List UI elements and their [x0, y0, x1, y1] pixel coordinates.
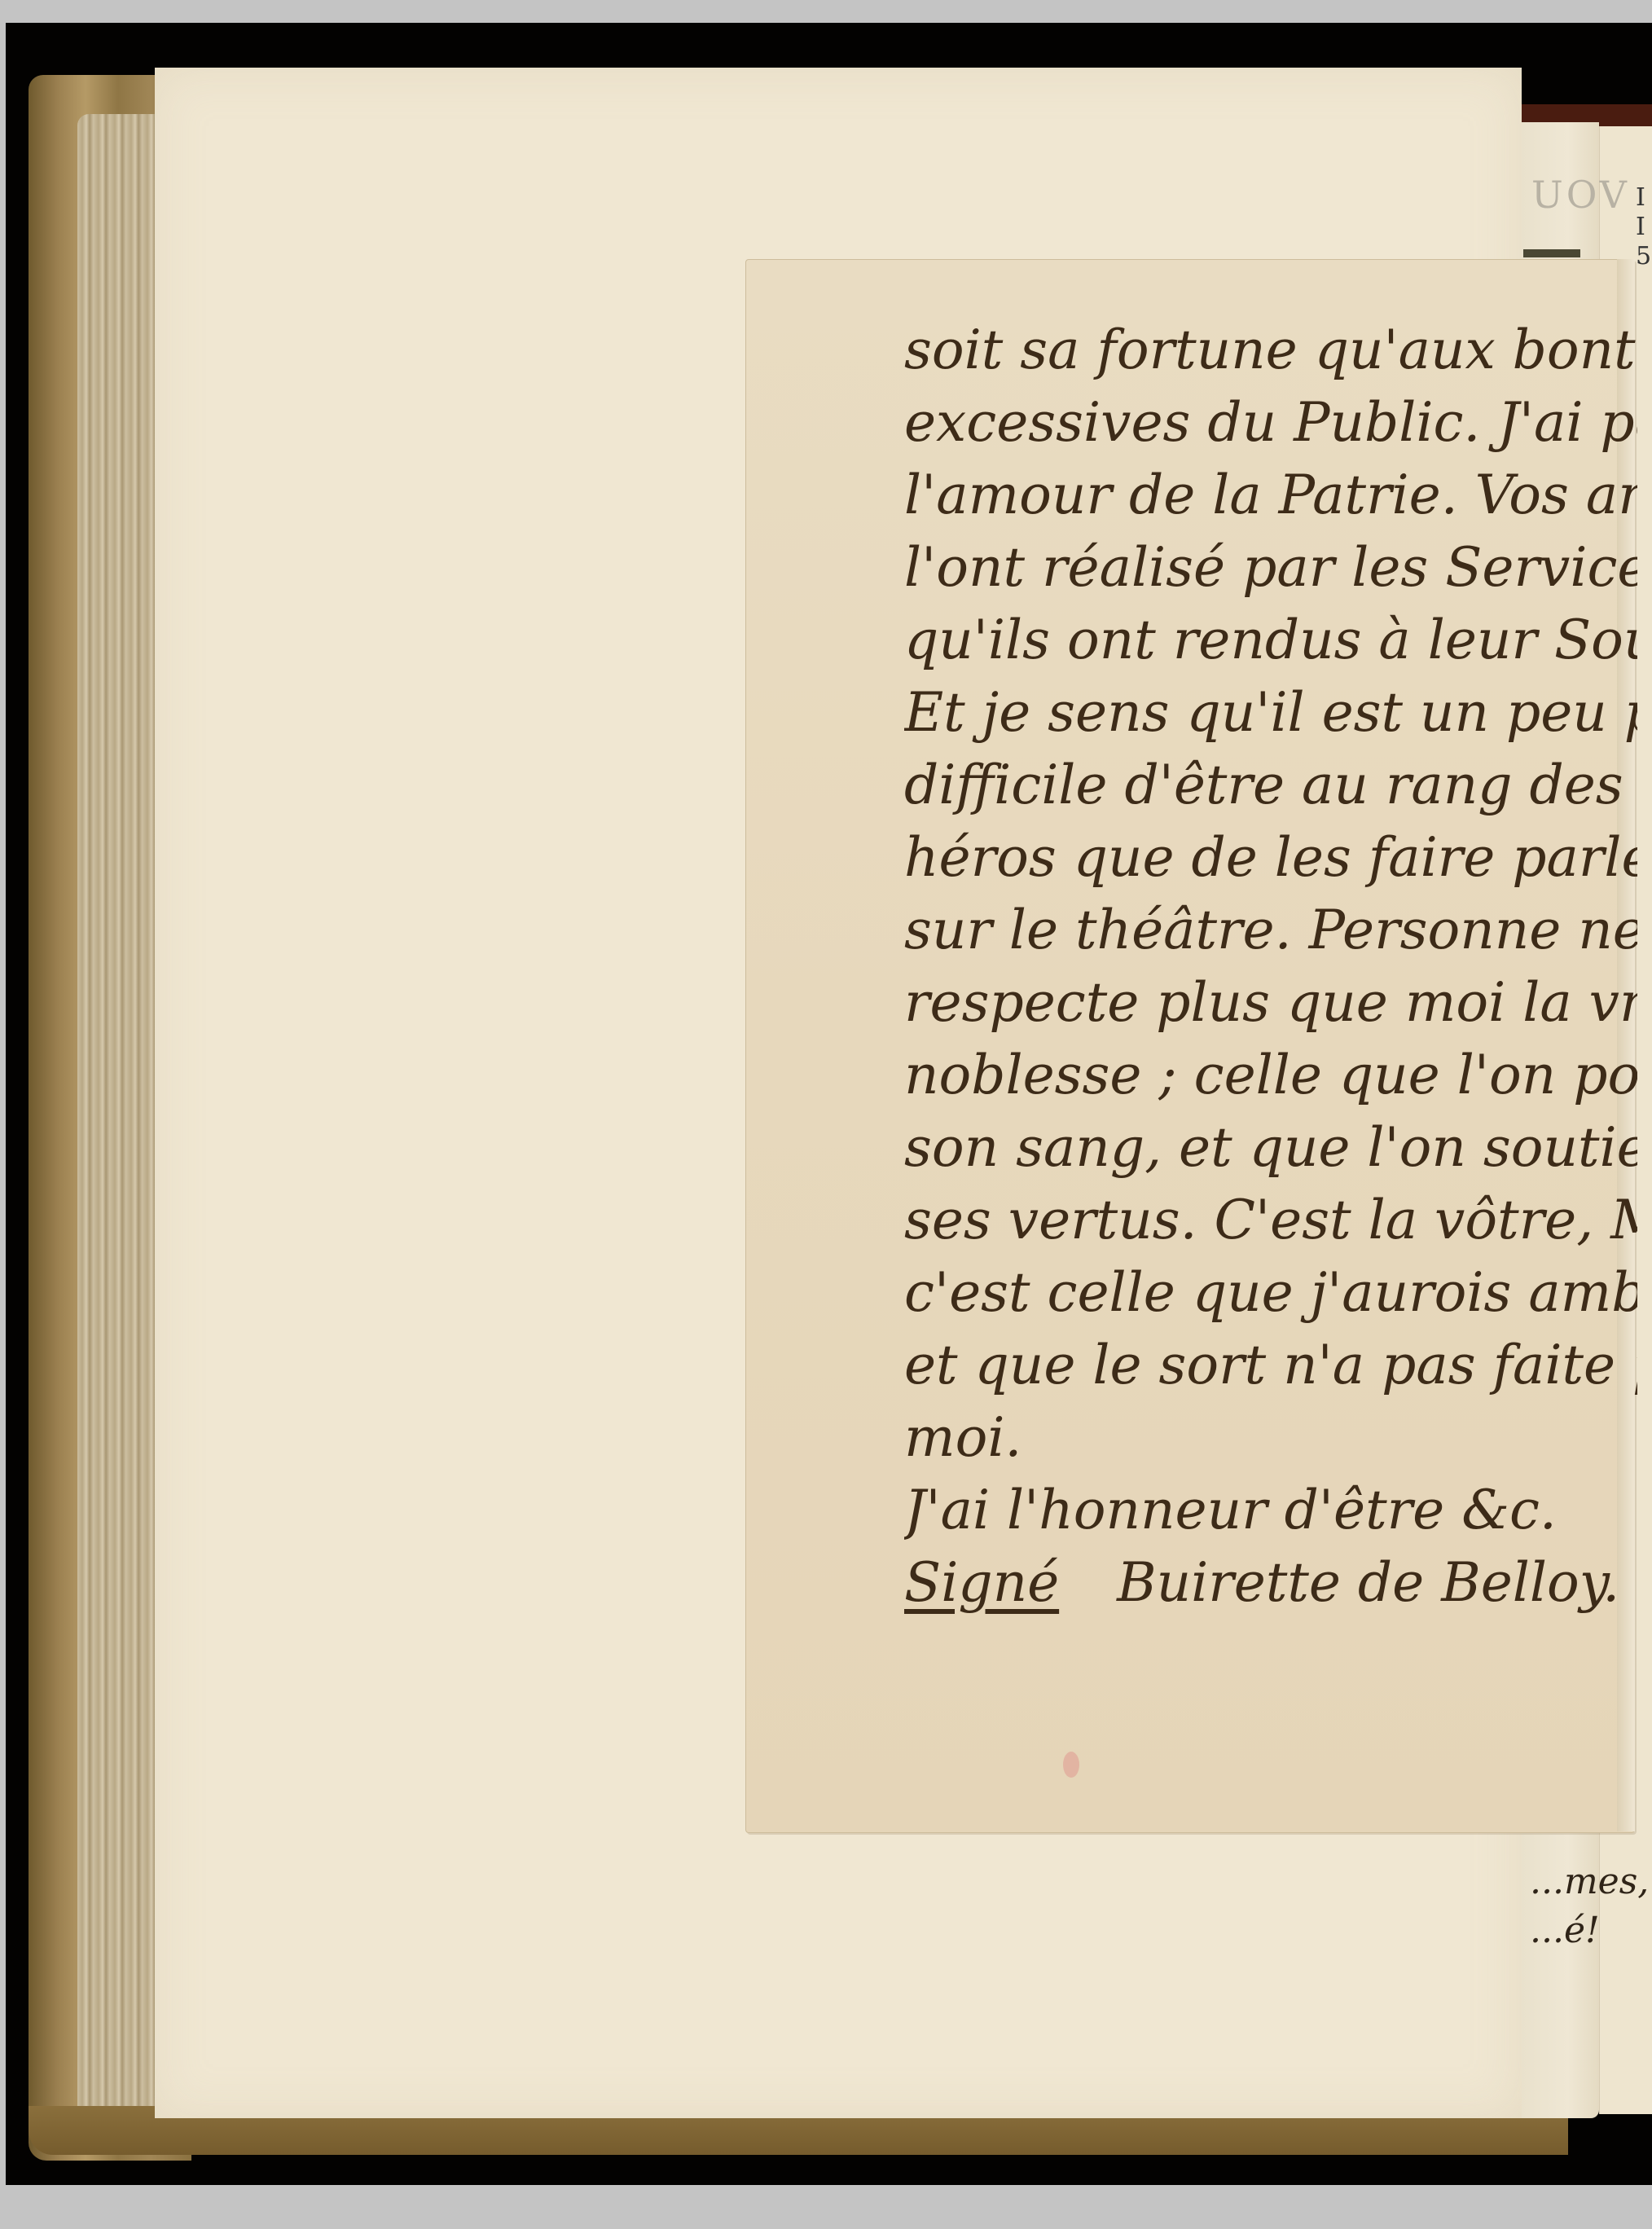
letter-line: l'ont réalisé par les Services — [904, 531, 1637, 604]
underlying-page-edge-letters: I I 5 — [1636, 183, 1652, 271]
letter-line: moi. — [904, 1401, 1637, 1474]
underlying-page-rule — [1523, 249, 1580, 257]
underlying-page-ghost-text: UOV — [1531, 173, 1630, 217]
letter-closing: J'ai l'honneur d'être &c. — [904, 1474, 1637, 1546]
handwriting-fragment: ...é! — [1530, 1910, 1600, 1951]
letter-line: Et je sens qu'il est un peu plus — [904, 676, 1637, 749]
letter-line: qu'ils ont rendus à leur Souverain — [904, 604, 1637, 676]
letter-line: et que le sort n'a pas faite pour — [904, 1329, 1637, 1401]
signed-label: Signé — [904, 1551, 1059, 1614]
handwriting-fragment: ...mes, — [1530, 1861, 1649, 1902]
letter-line: noblesse ; celle que l'on porte dans — [904, 1039, 1637, 1111]
letter-line: héros que de les faire parler — [904, 821, 1637, 894]
underlying-page-handwriting: ...mes, ...é! — [1530, 1857, 1649, 1955]
letter-line: l'amour de la Patrie. Vos ancêtres — [904, 459, 1637, 531]
book-page-edges — [77, 114, 159, 2143]
letter-line: soit sa fortune qu'aux bontés — [904, 314, 1637, 386]
letter-body: soit sa fortune qu'aux bontés excessives… — [904, 314, 1637, 1619]
letter-line: difficile d'être au rang des — [904, 749, 1637, 821]
letter-line: respecte plus que moi la vraie — [904, 966, 1637, 1039]
edge-letter: I — [1636, 213, 1645, 241]
signature-row: Signé Buirette de Belloy. — [904, 1546, 1637, 1619]
letter-line: ses vertus. C'est la vôtre, M. — [904, 1184, 1637, 1256]
letter-line: sur le théâtre. Personne ne — [904, 894, 1637, 966]
signature: Buirette de Belloy. — [1117, 1551, 1619, 1614]
letter-line: excessives du Public. J'ai peint — [904, 386, 1637, 459]
edge-letter: 5 — [1636, 242, 1651, 270]
letter-line: son sang, et que l'on soutient par — [904, 1111, 1637, 1184]
red-stain-mark — [1063, 1752, 1079, 1778]
letter-line: c'est celle que j'aurois ambitionnée — [904, 1256, 1637, 1329]
edge-letter: I — [1636, 183, 1645, 212]
